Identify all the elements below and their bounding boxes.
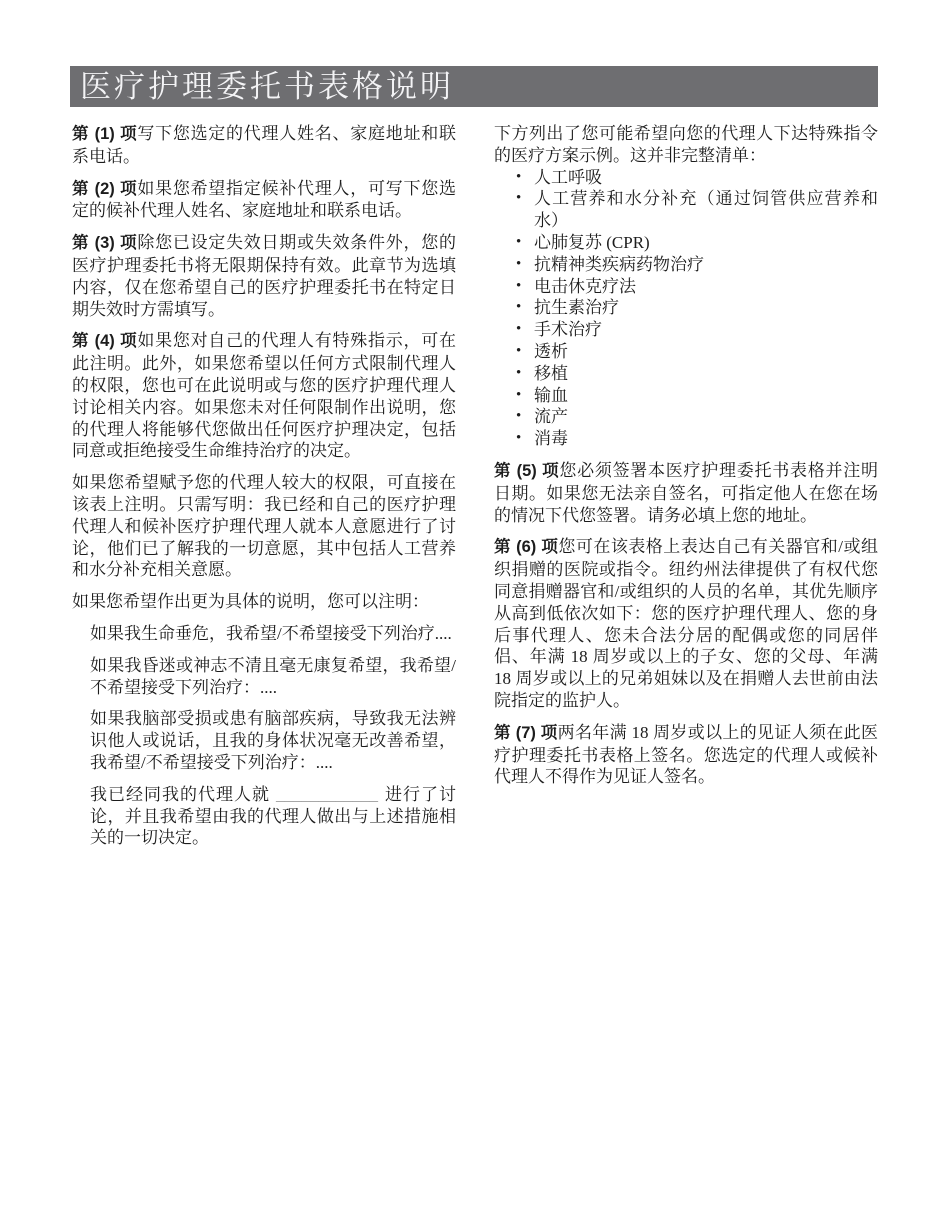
bullet-text: 透析 <box>534 341 878 363</box>
bullet-marker: • <box>516 232 534 254</box>
bullet-marker: • <box>516 363 534 385</box>
bullet-text: 消毒 <box>534 428 878 450</box>
bullet-text: 手术治疗 <box>534 319 878 341</box>
bullet-item: •抗精神类疾病药物治疗 <box>494 254 878 276</box>
example-coma-paragraph: 如果我昏迷或神志不清且毫无康复希望，我希望/不希望接受下列治疗：.... <box>90 655 456 699</box>
bullet-item: •消毒 <box>494 428 878 450</box>
bullet-marker: • <box>516 341 534 363</box>
broad-authority-paragraph: 如果您希望赋予您的代理人较大的权限，可直接在该表上注明。只需写明：我已经和自己的… <box>72 472 456 581</box>
example-brain-damage-paragraph: 如果我脑部受损或患有脑部疾病，导致我无法辨识他人或说话，且我的身体状况毫无改善希… <box>90 708 456 773</box>
item-5-paragraph: 第 (5) 项您必须签署本医疗护理委托书表格并注明日期。如果您无法亲自签名，可指… <box>494 460 878 526</box>
bullet-text: 心肺复苏 (CPR) <box>534 232 878 254</box>
bullet-text: 电击休克疗法 <box>534 276 878 298</box>
bullet-marker: • <box>516 254 534 276</box>
discussed-with-agent-paragraph: 我已经同我的代理人就____________进行了讨论，并且我希望由我的代理人做… <box>90 784 456 849</box>
bullet-text: 移植 <box>534 363 878 385</box>
bullet-marker: • <box>516 406 534 428</box>
bullet-item: •人工呼吸 <box>494 167 878 189</box>
item-4-label: 第 (4) 项 <box>72 332 137 350</box>
example-dying-paragraph: 如果我生命垂危，我希望/不希望接受下列治疗.... <box>90 623 456 645</box>
fill-in-blank-line: ____________ <box>276 785 378 804</box>
item-3-label: 第 (3) 项 <box>72 234 137 252</box>
bullet-marker: • <box>516 428 534 450</box>
item-4-text: 如果您对自己的代理人有特殊指示，可在此注明。此外，如果您希望以任何方式限制代理人… <box>72 331 456 460</box>
bullet-text: 人工呼吸 <box>534 167 878 189</box>
item-7-paragraph: 第 (7) 项两名年满 18 周岁或以上的见证人须在此医疗护理委托书表格上签名。… <box>494 722 878 788</box>
bullet-item: •流产 <box>494 406 878 428</box>
bullet-marker: • <box>516 276 534 298</box>
page-title: 医疗护理委托书表格说明 <box>80 71 454 102</box>
bullet-marker: • <box>516 188 534 210</box>
bullet-text: 人工营养和水分补充（通过饲管供应营养和水） <box>534 188 878 232</box>
bullet-text: 抗生素治疗 <box>534 297 878 319</box>
bullet-item: •输血 <box>494 385 878 407</box>
bullet-marker: • <box>516 297 534 319</box>
item-7-label: 第 (7) 项 <box>494 724 558 742</box>
right-column: 下方列出了您可能希望向您的代理人下达特殊指令的医疗方案示例。这并非完整清单： •… <box>494 123 878 798</box>
header-bar: 医疗护理委托书表格说明 <box>70 66 878 107</box>
discussed-text-before: 我已经同我的代理人就 <box>90 785 270 804</box>
two-column-body: 第 (1) 项写下您选定的代理人姓名、家庭地址和联系电话。 第 (2) 项如果您… <box>72 123 878 859</box>
bullet-marker: • <box>516 385 534 407</box>
bullet-item: •电击休克疗法 <box>494 276 878 298</box>
item-4-paragraph: 第 (4) 项如果您对自己的代理人有特殊指示，可在此注明。此外，如果您希望以任何… <box>72 330 456 462</box>
bullet-item: •透析 <box>494 341 878 363</box>
document-page: 医疗护理委托书表格说明 第 (1) 项写下您选定的代理人姓名、家庭地址和联系电话… <box>0 0 950 1230</box>
item-3-paragraph: 第 (3) 项除您已设定失效日期或失效条件外，您的医疗护理委托书将无限期保持有效… <box>72 232 456 320</box>
bullet-item: •手术治疗 <box>494 319 878 341</box>
treatment-bullet-list: •人工呼吸 •人工营养和水分补充（通过饲管供应营养和水） •心肺复苏 (CPR)… <box>494 167 878 450</box>
item-5-label: 第 (5) 项 <box>494 462 559 480</box>
bullet-marker: • <box>516 319 534 341</box>
item-6-paragraph: 第 (6) 项您可在该表格上表达自己有关器官和/或组织捐赠的医院或指令。纽约州法… <box>494 536 878 711</box>
item-2-label: 第 (2) 项 <box>72 180 137 198</box>
bullet-item: •移植 <box>494 363 878 385</box>
item-2-paragraph: 第 (2) 项如果您希望指定候补代理人，可写下您选定的候补代理人姓名、家庭地址和… <box>72 178 456 223</box>
treatment-examples-intro: 下方列出了您可能希望向您的代理人下达特殊指令的医疗方案示例。这并非完整清单： <box>494 123 878 167</box>
bullet-item: •抗生素治疗 <box>494 297 878 319</box>
bullet-item: •心肺复苏 (CPR) <box>494 232 878 254</box>
bullet-text: 流产 <box>534 406 878 428</box>
bullet-text: 抗精神类疾病药物治疗 <box>534 254 878 276</box>
bullet-item: •人工营养和水分补充（通过饲管供应营养和水） <box>494 188 878 232</box>
bullet-marker: • <box>516 167 534 189</box>
bullet-text: 输血 <box>534 385 878 407</box>
left-column: 第 (1) 项写下您选定的代理人姓名、家庭地址和联系电话。 第 (2) 项如果您… <box>72 123 456 859</box>
item-6-label: 第 (6) 项 <box>494 538 558 556</box>
specific-instructions-intro: 如果您希望作出更为具体的说明，您可以注明： <box>72 591 456 613</box>
item-1-label: 第 (1) 项 <box>72 125 137 143</box>
item-1-paragraph: 第 (1) 项写下您选定的代理人姓名、家庭地址和联系电话。 <box>72 123 456 168</box>
item-6-text: 您可在该表格上表达自己有关器官和/或组织捐赠的医院或指令。纽约州法律提供了有权代… <box>494 537 878 710</box>
